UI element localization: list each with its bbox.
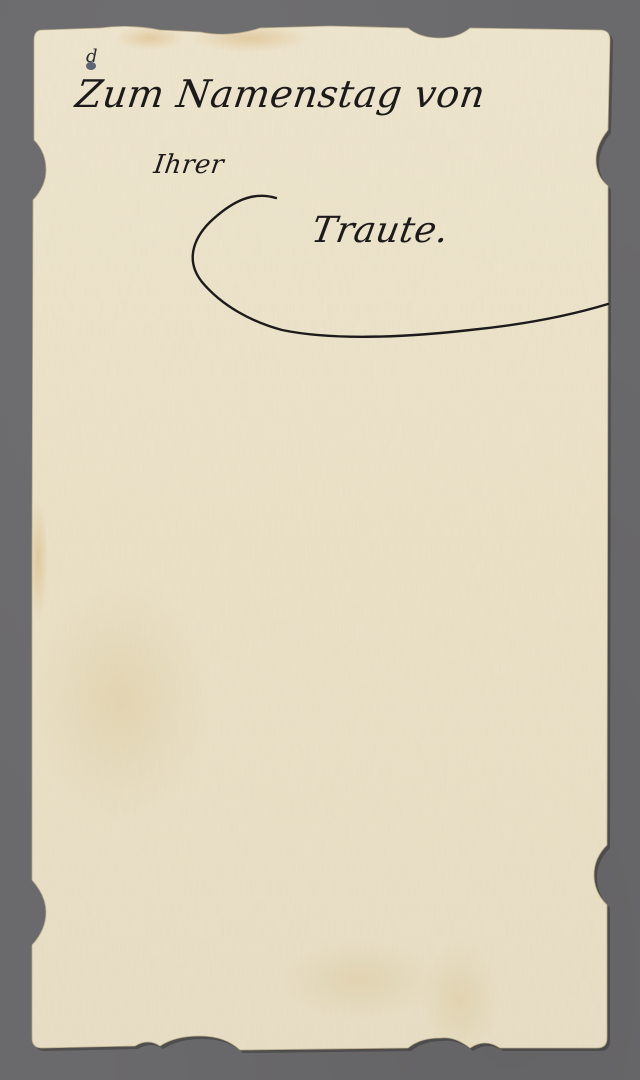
from-line: Ihrer xyxy=(152,150,226,180)
corner-mark: d xyxy=(86,46,98,67)
signature: Traute. xyxy=(308,210,452,251)
card xyxy=(0,0,640,1080)
greeting-line: Zum Namenstag von xyxy=(73,72,488,116)
